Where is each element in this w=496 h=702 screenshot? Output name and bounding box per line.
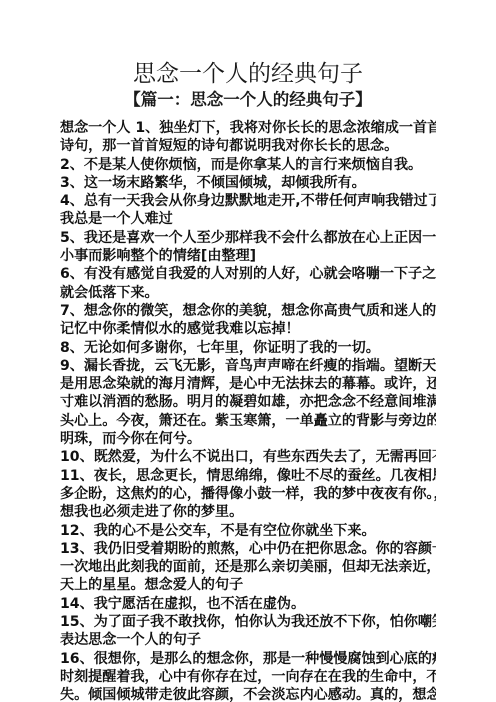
text-line: 13、我仍旧受着期盼的煎熬，心中仍在把你思念。你的容颜一次又 bbox=[60, 540, 436, 558]
text-line: 表达思念一个人的句子 bbox=[60, 631, 436, 649]
text-line: 8、无论如何多谢你，七年里，你证明了我的一切。 bbox=[60, 339, 436, 357]
text-line: 15、为了面子我不敢找你，怕你认为我还放不下你，怕你嘲笑我。 bbox=[60, 613, 436, 631]
text-line: 明珠，而今你在何兮。 bbox=[60, 430, 436, 448]
document-body: 想念一个人 1、独坐灯下，我将对你长长的思念浓缩成一首首短短的 诗句，那一首首短… bbox=[60, 119, 436, 702]
text-line: 14、我宁愿活在虚拟，也不活在虚伪。 bbox=[60, 595, 436, 613]
text-line: 我总是一个人难过 bbox=[60, 210, 436, 228]
document-subtitle: 【篇一：思念一个人的经典句子】 bbox=[0, 90, 496, 110]
text-line: 11、夜长，思念更长，情思绵绵，像吐不尽的蚕丝。几夜相思，几 bbox=[60, 467, 436, 485]
text-line: 一次地出此刻我的面前，还是那么亲切美丽，但却无法亲近，就像 bbox=[60, 558, 436, 576]
text-line: 寸难以消酒的愁肠。明月的凝碧如雄，亦把念念不经意间堆满了眉 bbox=[60, 393, 436, 411]
text-line: 就会低落下来。 bbox=[60, 284, 436, 302]
text-line: 头心上。今夜，箫还在。紫玉寒箫，一单矗立的背影与旁边的玉弦 bbox=[60, 412, 436, 430]
text-line: 10、既然爱，为什么不说出口，有些东西失去了，无需再回不来了。 bbox=[60, 448, 436, 466]
text-line: 2、不是某人使你烦恼，而是你拿某人的言行来烦恼自我。 bbox=[60, 156, 436, 174]
text-line: 失。倾国倾城带走彼此容颜，不会淡忘内心感动。真的，想念你， bbox=[60, 686, 436, 702]
text-line: 5、我还是喜欢一个人至少那样我不会什么都放在心上正因一点点的 bbox=[60, 229, 436, 247]
text-line: 天上的星星。想念爱人的句子 bbox=[60, 576, 436, 594]
text-line: 小事而影响整个的情绪[由整理] bbox=[60, 247, 436, 265]
text-line: 时刻提醒着我，心中有你存在过，一向存在在我的生命中，不曾消 bbox=[60, 668, 436, 686]
text-line: 6、有没有感觉自我爱的人对别的人好，心就会咯嘣一下子之后情绪 bbox=[60, 265, 436, 283]
document-page: 思念一个人的经典句子 【篇一：思念一个人的经典句子】 想念一个人 1、独坐灯下，… bbox=[0, 0, 496, 702]
text-line: 4、总有一天我会从你身边默默地走开,不带任何声响我错过了很多, bbox=[60, 192, 436, 210]
text-line: 3、这一场末路繁华，不倾国倾城，却倾我所有。 bbox=[60, 174, 436, 192]
document-title: 思念一个人的经典句子 bbox=[0, 60, 496, 88]
text-line: 9、漏长香拢，云飞无影，音鸟声声啼在纤瘦的指端。望断天涯，那 bbox=[60, 357, 436, 375]
text-line: 诗句，那一首首短短的诗句都说明我对你长长的思念。 bbox=[60, 137, 436, 155]
text-line: 16、很想你，是那么的想念你，那是一种慢慢腐蚀到心底的疼痛， bbox=[60, 650, 436, 668]
text-line: 想我也必须走进了你的梦里。 bbox=[60, 503, 436, 521]
text-line: 想念一个人 1、独坐灯下，我将对你长长的思念浓缩成一首首短短的 bbox=[60, 119, 436, 137]
text-line: 7、想念你的微笑，想念你的美貌，想念你高贵气质和迷人的味道。 bbox=[60, 302, 436, 320]
text-line: 多企盼，这焦灼的心，播得像小鼓一样，我的梦中夜夜有你。，我 bbox=[60, 485, 436, 503]
text-line: 是用思念染就的海月清辉，是心中无法抹去的幕幕。或许，还有一 bbox=[60, 375, 436, 393]
text-line: 记忆中你柔情似水的感觉我难以忘掉！ bbox=[60, 320, 436, 338]
text-line: 12、我的心不是公交车，不是有空位你就坐下来。 bbox=[60, 522, 436, 540]
